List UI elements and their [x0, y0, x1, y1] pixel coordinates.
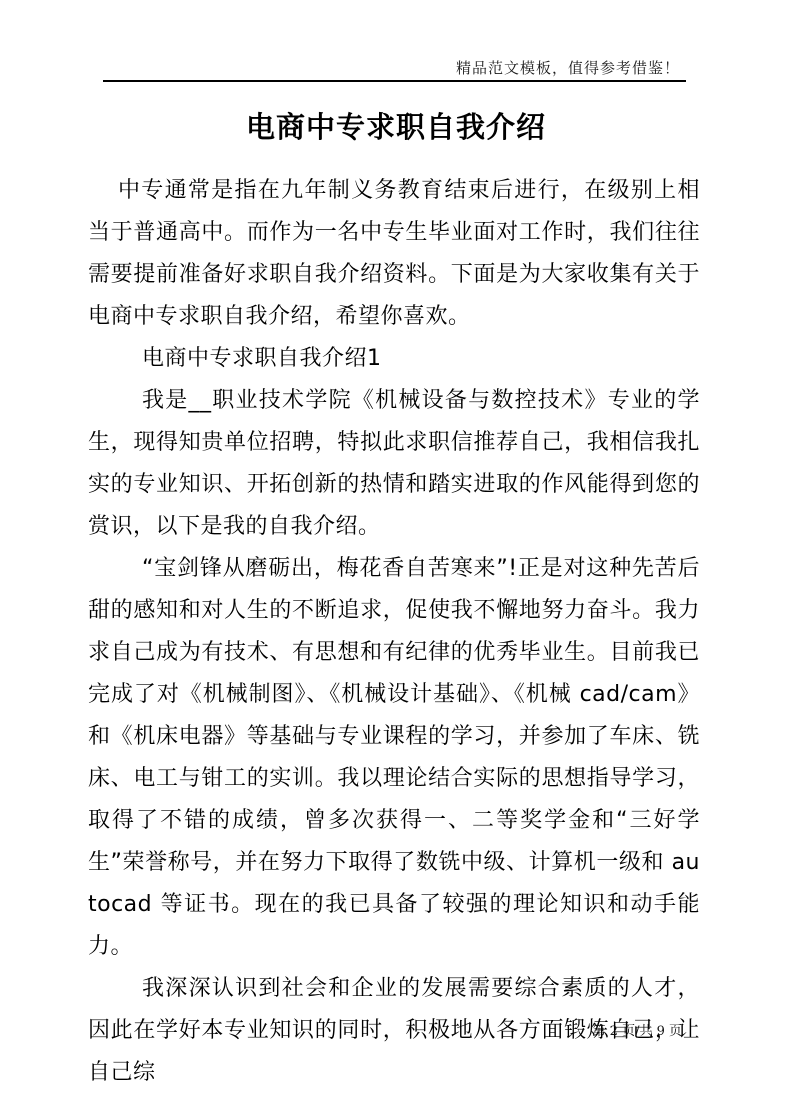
paragraph-achievements: “宝剑锋从磨砺出，梅花香自苦寒来”!正是对这种先苦后甜的感知和对人生的不断追求，… — [88, 548, 700, 968]
paragraph-intro: 中专通常是指在九年制义务教育结束后进行，在级别上相当于普通高中。而作为一名中专生… — [88, 170, 700, 338]
header-rule — [103, 80, 686, 82]
paragraph-section-heading: 电商中专求职自我介绍1 — [88, 338, 700, 380]
page-number: 第 2 页/共 9 页 — [593, 1024, 682, 1039]
header-slogan: 精品范文模板，值得参考借鉴！ — [456, 57, 680, 78]
document-title: 电商中专求职自我介绍 — [0, 105, 792, 146]
document-page: 精品范文模板，值得参考借鉴！ 电商中专求职自我介绍 中专通常是指在九年制义务教育… — [0, 0, 792, 1120]
document-body: 中专通常是指在九年制义务教育结束后进行，在级别上相当于普通高中。而作为一名中专生… — [88, 170, 700, 1094]
paragraph-self-intro-opening: 我是__职业技术学院《机械设备与数控技术》专业的学生，现得知贵单位招聘，特拟此求… — [88, 380, 700, 548]
page-footer: 第 2 页/共 9 页 — [0, 1020, 682, 1039]
